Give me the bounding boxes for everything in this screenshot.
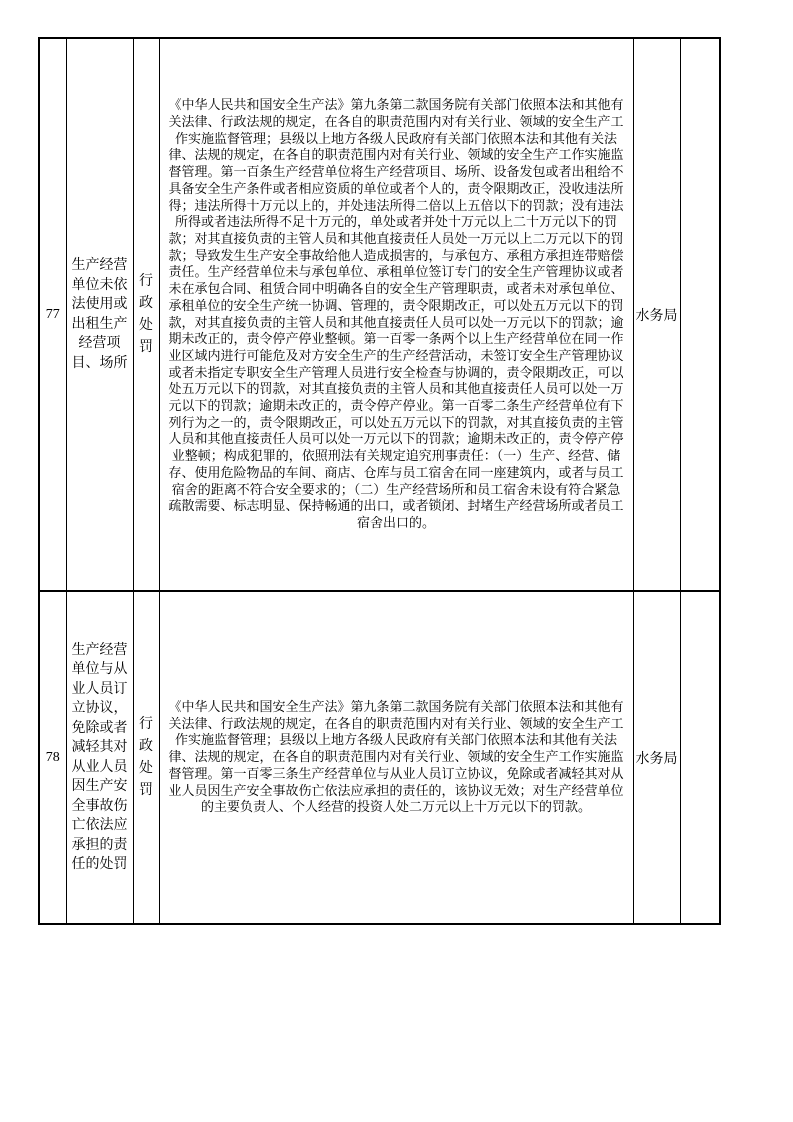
remark-cell xyxy=(680,591,720,924)
penalty-type-cell: 行政处罚 xyxy=(133,38,159,591)
authority-cell: 水务局 xyxy=(633,38,680,591)
row-number-cell: 77 xyxy=(39,38,66,591)
violation-item-cell: 生产经营单位与从业人员订立协议，免除或者减轻其对从业人员因生产安全事故伤亡依法应… xyxy=(66,591,133,924)
legal-basis-cell: 《中华人民共和国安全生产法》第九条第二款国务院有关部门依照本法和其他有关法律、行… xyxy=(159,38,633,591)
legal-basis-cell: 《中华人民共和国安全生产法》第九条第二款国务院有关部门依照本法和其他有关法律、行… xyxy=(159,591,633,924)
table-row: 78 生产经营单位与从业人员订立协议，免除或者减轻其对从业人员因生产安全事故伤亡… xyxy=(39,591,720,924)
table-row: 77 生产经营单位未依法使用或出租生产经营项目、场所 行政处罚 《中华人民共和国… xyxy=(39,38,720,591)
authority-cell: 水务局 xyxy=(633,591,680,924)
remark-cell xyxy=(680,38,720,591)
penalty-type-cell: 行政处罚 xyxy=(133,591,159,924)
violation-item-cell: 生产经营单位未依法使用或出租生产经营项目、场所 xyxy=(66,38,133,591)
document-page: 77 生产经营单位未依法使用或出租生产经营项目、场所 行政处罚 《中华人民共和国… xyxy=(0,0,793,1122)
penalty-table: 77 生产经营单位未依法使用或出租生产经营项目、场所 行政处罚 《中华人民共和国… xyxy=(38,37,721,925)
row-number-cell: 78 xyxy=(39,591,66,924)
